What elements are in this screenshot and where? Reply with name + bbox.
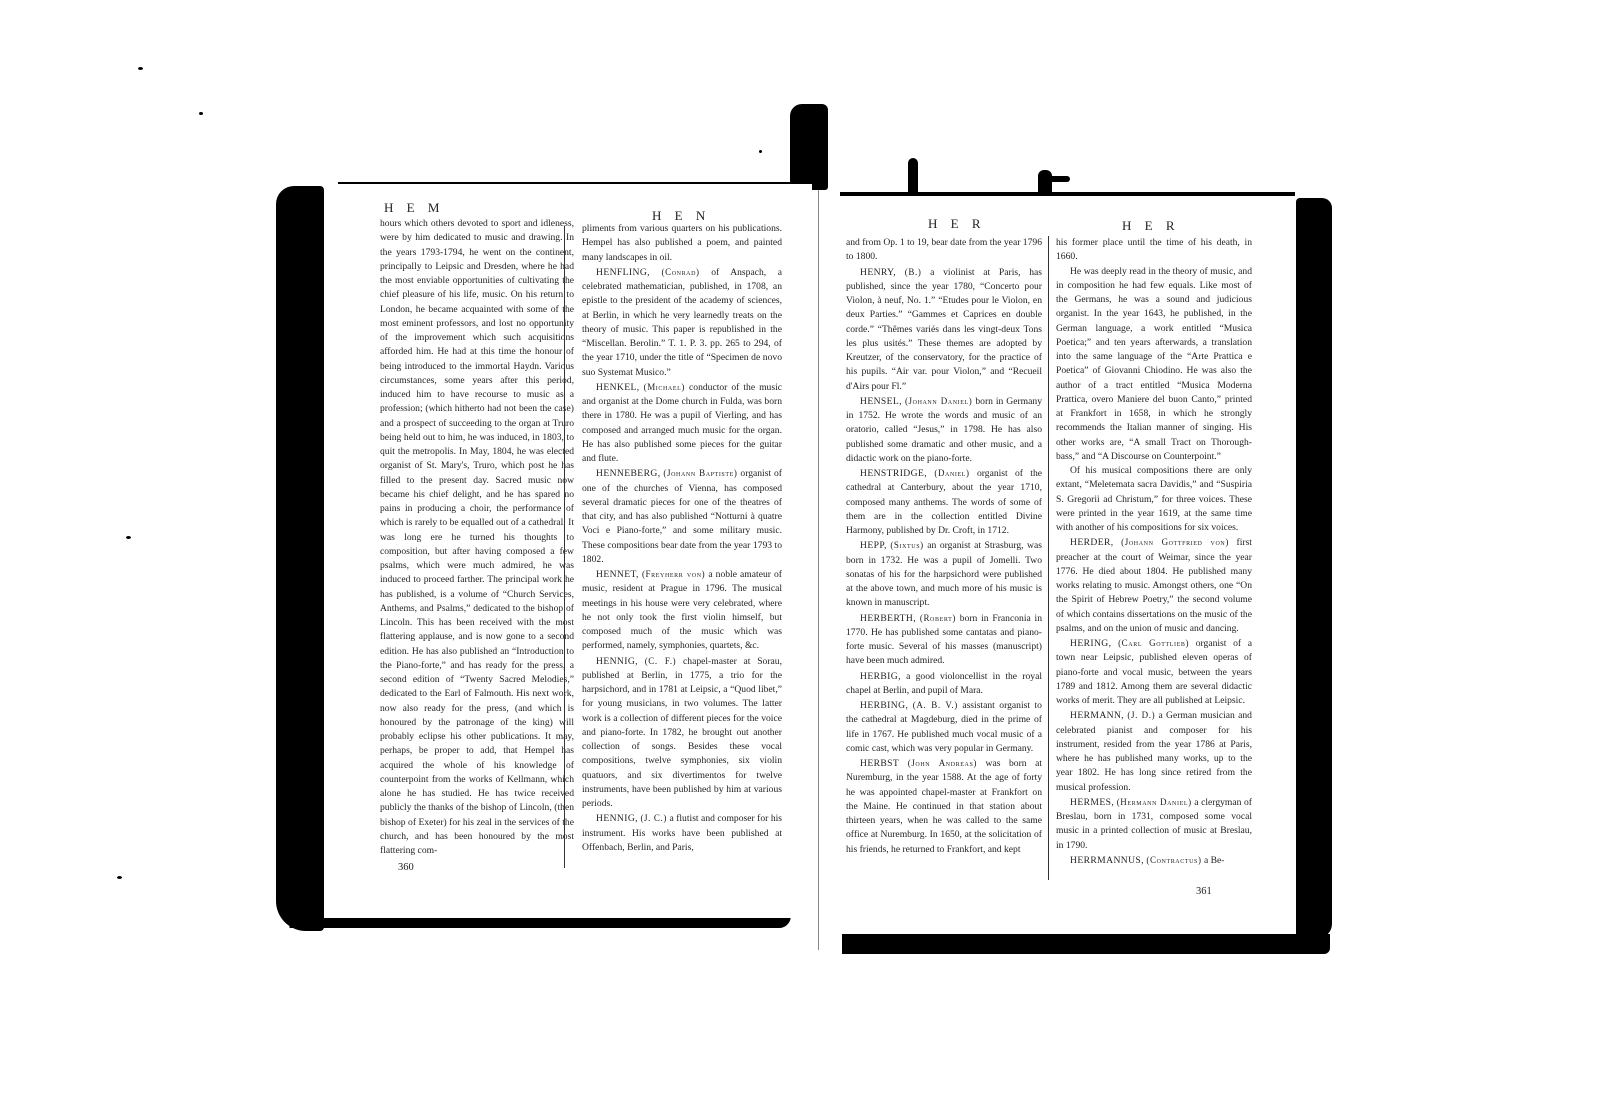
right-cover-bottom [842, 934, 1330, 954]
entry-given-name: (Carl Gottlieb) [1118, 638, 1189, 648]
entry-name: HENNIG, [596, 813, 638, 824]
page-number: 360 [398, 862, 414, 873]
dictionary-entry: HERBING, (A. B. V.) assistant organist t… [846, 698, 1042, 756]
entry-name: HEPP, [860, 540, 887, 551]
entry-text: He was deeply read in the theory of musi… [1056, 266, 1252, 462]
right-page: H E R H E R and from Op. 1 to 19, bear d… [830, 196, 1294, 932]
column-rule [1048, 236, 1049, 880]
entry-given-name: (Johann Baptiste) [663, 468, 737, 478]
dictionary-entry: HEPP, (Sixtus) an organist at Strasburg,… [846, 538, 1042, 610]
dictionary-entry: HENNET, (Freyherr von) a noble amateur o… [582, 567, 782, 654]
dictionary-entry: HERBIG, a good violoncellist in the roya… [846, 669, 1042, 699]
running-head-left-col1: H E M [384, 200, 444, 216]
gutter-line [818, 190, 819, 950]
running-head-right-col2: H E R [1122, 218, 1180, 234]
dictionary-entry: HERBST (John Andreas) was born at Nuremb… [846, 756, 1042, 857]
entry-name: HERMANN, [1070, 710, 1124, 721]
left-cover-bottom [289, 918, 790, 928]
clip-small-2 [1038, 170, 1052, 194]
speck [138, 67, 143, 70]
entry-name: HENNET, [596, 569, 639, 580]
paragraph: pliments from various quarters on his pu… [582, 222, 782, 265]
dictionary-entry: HENNIG, (C. F.) chapel-master at Sorau, … [582, 654, 782, 812]
dictionary-entry: HERMES, (Hermann Daniel) a clergyman of … [1056, 795, 1252, 853]
entry-name: HERRMANNUS, [1070, 855, 1144, 866]
speck [117, 876, 122, 879]
entry-name: HERMES, [1070, 797, 1114, 808]
entry-text: chapel-master at Sorau, published at Ber… [582, 656, 782, 810]
dictionary-entry: HENRY, (B.) a violinist at Paris, has pu… [846, 265, 1042, 394]
entry-given-name: (A. B. V.) [913, 700, 958, 710]
entry-text: Of his musical compositions there are on… [1056, 465, 1252, 533]
entry-text: first preacher at the court of Weimar, s… [1056, 537, 1252, 634]
column-rule [564, 226, 565, 868]
dictionary-entry: HERBERTH, (Robert) born in Franconia in … [846, 611, 1042, 669]
paragraph: hours which others devoted to sport and … [380, 217, 574, 858]
entry-text: a German musician and celebrated pianist… [1056, 710, 1252, 792]
dictionary-entry: He was deeply read in the theory of musi… [1056, 265, 1252, 465]
entry-given-name: (Johann Gottfried von) [1121, 537, 1229, 547]
left-page: H E M H E N hours which others devoted t… [324, 184, 812, 916]
spine-clip [790, 104, 828, 190]
paragraph: his former place until the time of his d… [1056, 236, 1252, 265]
dictionary-entry: HENNIG, (J. C.) a flutist and composer f… [582, 811, 782, 855]
entry-name: HENRY, [860, 267, 896, 278]
text-column: pliments from various quarters on his pu… [582, 222, 782, 855]
entry-given-name: (Conrad) [662, 267, 700, 277]
entry-text: organist of one of the churches of Vienn… [582, 468, 782, 565]
running-head-right-col1: H E R [928, 216, 986, 232]
dictionary-entry: Of his musical compositions there are on… [1056, 464, 1252, 535]
dictionary-entry: HERRMANNUS, (Contractus) a Be- [1056, 853, 1252, 868]
entry-name: HENFLING, [596, 267, 650, 278]
entry-name: HENKEL, [596, 382, 640, 393]
text-column: hours which others devoted to sport and … [380, 217, 574, 858]
entry-name: HENNIG, [596, 656, 638, 667]
paragraph: and from Op. 1 to 19, bear date from the… [846, 236, 1042, 265]
right-cover-edge [1296, 198, 1332, 938]
entry-text: a violinist at Paris, has published, sin… [846, 267, 1042, 392]
entry-name: HERBING, [860, 700, 908, 711]
entry-given-name: (B.) [905, 267, 922, 277]
dictionary-entry: HERING, (Carl Gottlieb) organist of a to… [1056, 636, 1252, 708]
dictionary-entry: HENSTRIDGE, (Daniel) organist of the cat… [846, 466, 1042, 538]
entry-name: HENSTRIDGE, [860, 468, 927, 479]
dictionary-entry: HENFLING, (Conrad) of Anspach, a celebra… [582, 265, 782, 380]
entry-given-name: (C. F.) [645, 656, 677, 666]
left-cover-edge [276, 186, 324, 931]
dictionary-entry: HERDER, (Johann Gottfried von) first pre… [1056, 535, 1252, 636]
entry-given-name: (Hermann Daniel) [1117, 797, 1192, 807]
entry-given-name: (J. D.) [1127, 710, 1155, 720]
entry-text: a Be- [1204, 855, 1225, 866]
entry-given-name: (Freyherr von) [642, 569, 705, 579]
entry-text: of Anspach, a celebrated mathematician, … [582, 267, 782, 378]
dictionary-entry: HERMANN, (J. D.) a German musician and c… [1056, 708, 1252, 795]
entry-text: conductor of the music and organist at t… [582, 382, 782, 464]
entry-name: HERBIG, [860, 671, 901, 682]
speck [759, 150, 762, 153]
speck [199, 112, 203, 115]
clip-small-1 [908, 158, 918, 194]
entry-given-name: (John Andreas) [908, 758, 977, 768]
dictionary-entry: HENNEBERG, (Johann Baptiste) organist of… [582, 466, 782, 567]
entry-text: was born at Nuremburg, in the year 1588.… [846, 758, 1042, 855]
entry-given-name: (Johann Daniel) [905, 396, 972, 406]
dictionary-entry: HENKEL, (Michael) conductor of the music… [582, 380, 782, 467]
dictionary-entry: HENSEL, (Johann Daniel) born in Germany … [846, 394, 1042, 466]
entry-name: HERBST [860, 758, 899, 769]
entry-given-name: (Sixtus) [890, 540, 923, 550]
speck [126, 536, 131, 539]
entry-text: a noble amateur of music, resident at Pr… [582, 569, 782, 651]
clip-small-2b [1046, 176, 1070, 182]
text-column: and from Op. 1 to 19, bear date from the… [846, 236, 1042, 857]
entry-name: HERDER, [1070, 537, 1114, 548]
entry-given-name: (Daniel) [934, 468, 969, 478]
entry-name: HENSEL, [860, 396, 902, 407]
entry-given-name: (Contractus) [1146, 855, 1201, 865]
page-number: 361 [1196, 886, 1212, 897]
entry-given-name: (Michael) [644, 382, 685, 392]
entry-given-name: (Robert) [920, 613, 956, 623]
entry-name: HERING, [1070, 638, 1111, 649]
text-column: his former place until the time of his d… [1056, 236, 1252, 868]
entry-name: HENNEBERG, [596, 468, 661, 479]
entry-given-name: (J. C.) [640, 813, 667, 823]
entry-name: HERBERTH, [860, 613, 916, 624]
